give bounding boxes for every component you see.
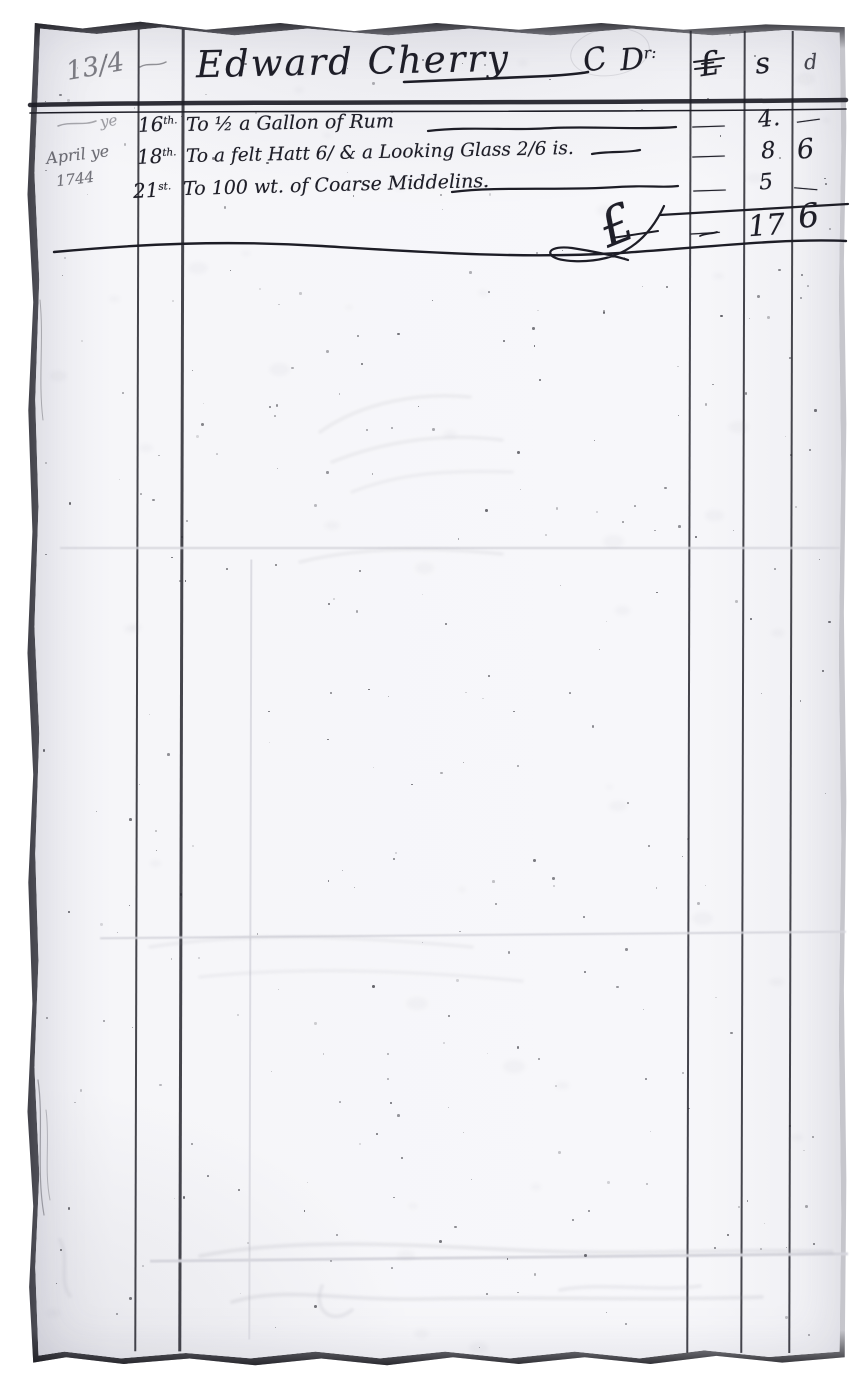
rule-day-column (178, 29, 184, 1351)
pounds-dash: — (689, 145, 728, 166)
entry-pounds: — (700, 146, 717, 166)
ledger-scan-page: 13/4 Edward Cherry C Dr: £ s d ye 16th. … (0, 0, 850, 1379)
pounds-dash: — (690, 179, 729, 200)
account-title: Edward Cherry (196, 37, 511, 87)
entry-pence: 6 (795, 133, 815, 166)
day-number: 21 (132, 178, 159, 203)
pounds-dash: — (687, 221, 723, 244)
rule-pence-column (788, 31, 793, 1353)
rule-shillings-column (740, 31, 745, 1353)
day-number: 18 (136, 144, 163, 169)
rule-bleedthrough-column (248, 560, 252, 1340)
column-rules (0, 0, 850, 1379)
entry-day: 21st. (132, 177, 171, 203)
bleedthrough-rule (60, 547, 840, 549)
day-ordinal: th. (162, 146, 177, 159)
day-number: 16 (137, 112, 164, 137)
entry-pounds: — (700, 116, 717, 136)
pence-header: d (803, 50, 818, 75)
entry-shillings: 8 (760, 137, 777, 164)
pounds-dash: — (689, 115, 728, 136)
day-ordinal: th. (163, 114, 178, 127)
entry-shillings: 5 (758, 169, 774, 195)
entry-day: 16th. (137, 111, 178, 137)
entry-day: 18th. (136, 143, 177, 169)
rule-margin-left (134, 29, 139, 1351)
entry-margin-date: ye (99, 111, 119, 131)
total-pounds: — (696, 222, 714, 243)
entry-pounds: — (701, 180, 718, 200)
entry-pence: — (798, 178, 814, 197)
day-ordinal: st. (158, 180, 171, 193)
total-pence: 6 (796, 195, 821, 236)
entry-pence: — (800, 110, 816, 129)
entry-description: To ½ a Gallon of Rum (186, 110, 394, 136)
entry-shillings: 4. (757, 105, 782, 133)
total-shillings: 17 (747, 207, 786, 243)
